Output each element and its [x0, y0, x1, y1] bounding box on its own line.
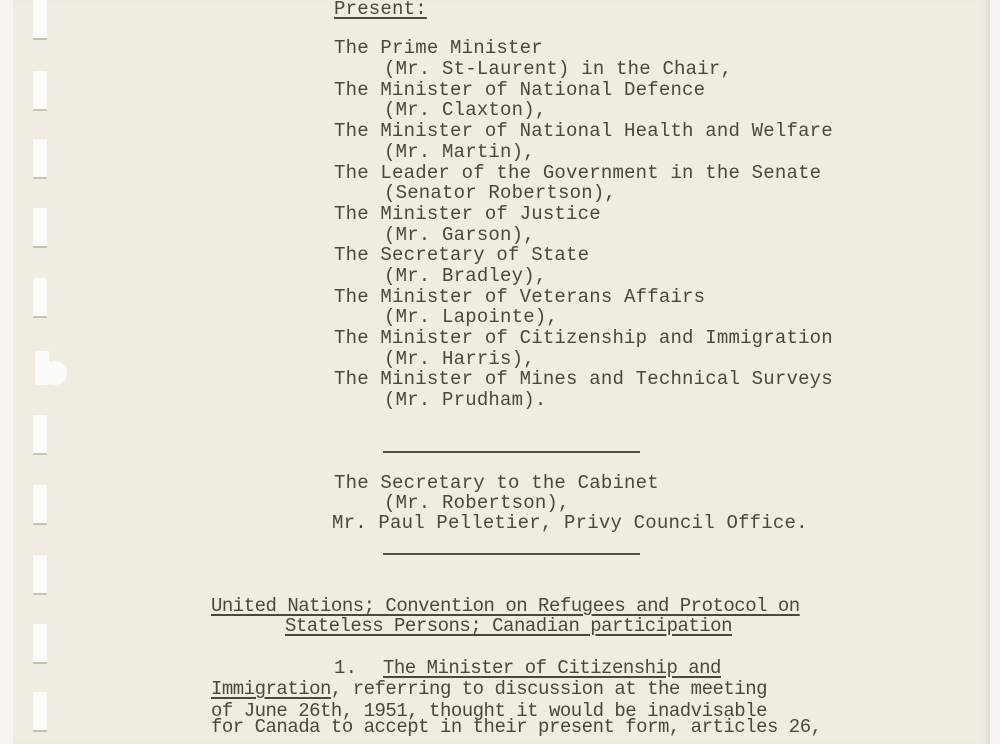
attendee-name: (Mr. Harris),	[384, 349, 535, 370]
attendee-title: The Secretary of State	[334, 245, 589, 266]
binder-notch	[35, 351, 49, 385]
paragraph-line: for Canada to accept in their present fo…	[211, 717, 822, 738]
binder-hole	[33, 71, 47, 111]
binder-hole	[33, 415, 47, 455]
binder-hole	[33, 278, 47, 318]
separator-rule	[383, 451, 640, 453]
attendee-name: (Mr. Martin),	[384, 142, 535, 163]
attendee-title: The Leader of the Government in the Sena…	[334, 163, 821, 184]
attendee-name: (Mr. St-Laurent) in the Chair,	[384, 59, 732, 80]
present-heading: Present:	[334, 0, 427, 20]
attendee-title: The Minister of National Defence	[334, 80, 705, 101]
secretary-title: The Secretary to the Cabinet	[334, 473, 659, 494]
attendee-name: (Mr. Lapointe),	[384, 307, 558, 328]
binder-hole	[33, 0, 47, 40]
attendee-title: The Minister of Mines and Technical Surv…	[334, 369, 833, 390]
attendee-name: (Mr. Prudham).	[384, 390, 546, 411]
pco-attendee: Mr. Paul Pelletier, Privy Council Office…	[332, 513, 808, 534]
attendee-title: The Prime Minister	[334, 38, 543, 59]
section-heading-line: Stateless Persons; Canadian participatio…	[285, 616, 732, 637]
binder-hole	[33, 208, 47, 248]
secretary-name: (Mr. Robertson),	[384, 493, 570, 514]
paragraph-text: , referring to discussion at the meeting	[331, 678, 767, 700]
attendee-title: The Minister of National Health and Welf…	[334, 121, 833, 142]
binder-hole	[33, 555, 47, 595]
binder-hole	[33, 692, 47, 732]
attendee-title: The Minister of Citizenship and Immigrat…	[334, 328, 833, 349]
attendee-name: (Mr. Bradley),	[384, 266, 546, 287]
attendee-title: The Minister of Veterans Affairs	[334, 287, 705, 308]
separator-rule	[383, 553, 640, 555]
attendee-name: (Mr. Garson),	[384, 225, 535, 246]
binder-hole	[33, 139, 47, 179]
section-heading-line: United Nations; Convention on Refugees a…	[211, 596, 800, 617]
binder-hole	[33, 624, 47, 664]
attendee-name: (Senator Robertson),	[384, 183, 616, 204]
attendee-name: (Mr. Claxton),	[384, 100, 546, 121]
attendee-title: The Minister of Justice	[334, 204, 601, 225]
binder-hole	[33, 485, 47, 525]
paragraph-subject-cont: Immigration	[211, 678, 331, 700]
paragraph-line: Immigration, referring to discussion at …	[211, 679, 767, 700]
paragraph-subject: The Minister of Citizenship and	[383, 658, 721, 679]
paragraph-number: 1.	[334, 658, 357, 679]
